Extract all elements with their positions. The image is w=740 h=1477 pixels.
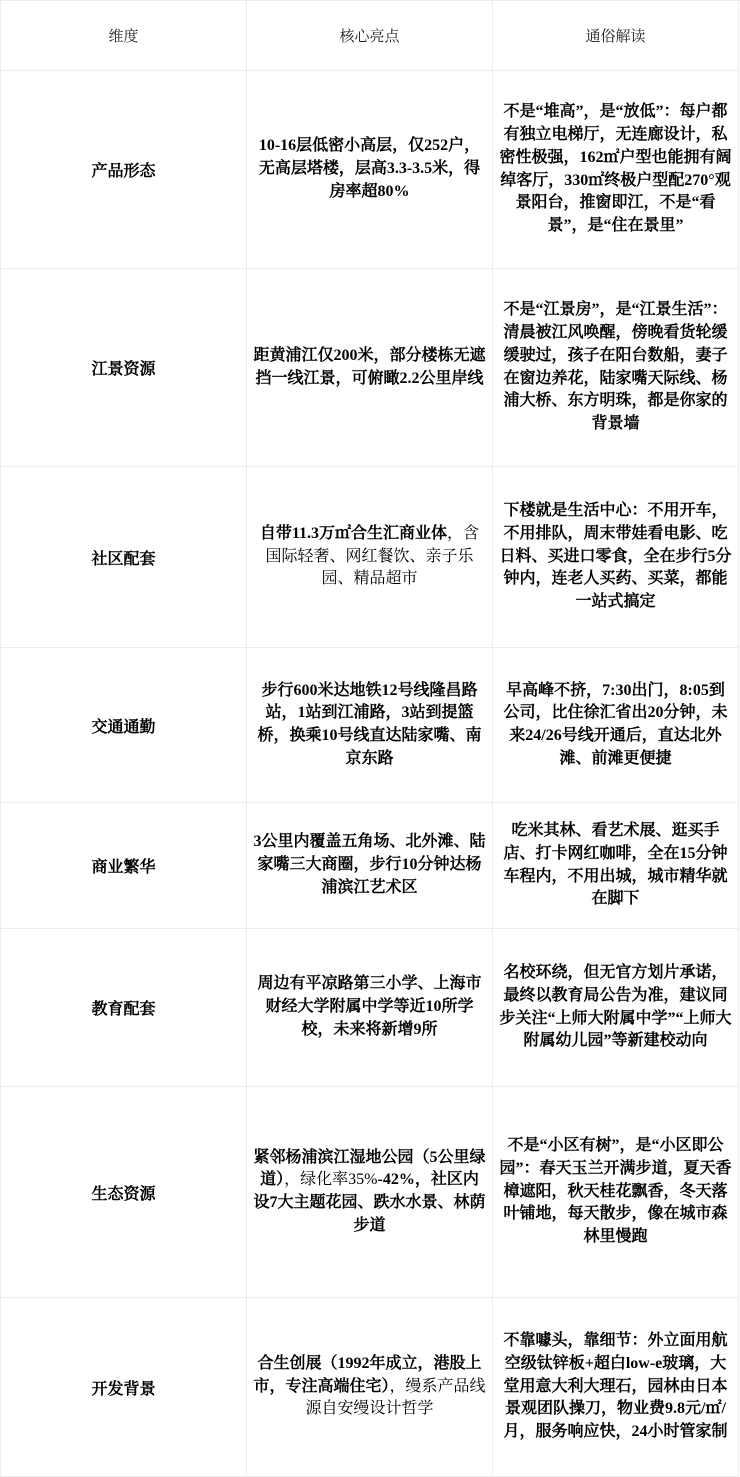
cell-text: 不是“江景房”，是“江景生活”：清晨被江风唤醒，傍晚看货轮缓缓驶过，孩子在阳台数… xyxy=(499,299,732,435)
plain-interpretation-cell: 不是“江景房”，是“江景生活”：清晨被江风唤醒，傍晚看货轮缓缓驶过，孩子在阳台数… xyxy=(493,269,739,467)
cell-text: 10-16层低密小高层，仅252户，无高层塔楼，层高3.3-3.5米，得房率超8… xyxy=(253,135,486,203)
text-segment: 下楼就是生活中心：不用开车，不用排队，周末带娃看电影、吃日料、买进口零食，全在步… xyxy=(499,502,731,610)
cell-text: 步行600米达地铁12号线隆昌路站，1站到江浦路，3站到提篮桥，换乘10号线直达… xyxy=(253,680,486,771)
text-segment: 不是“小区有树”，是“小区即公园”：春天玉兰开满步道，夏天香樟遮阳，秋天桂花飘香… xyxy=(499,1137,731,1245)
table-row: 社区配套自带11.3万㎡合生汇商业体，含国际轻奢、网红餐饮、亲子乐园、精品超市下… xyxy=(1,467,740,648)
table-row: 产品形态10-16层低密小高层，仅252户，无高层塔楼，层高3.3-3.5米，得… xyxy=(1,71,740,269)
plain-interpretation-cell: 不是“小区有树”，是“小区即公园”：春天玉兰开满步道，夏天香樟遮阳，秋天桂花飘香… xyxy=(493,1087,739,1298)
table-row: 商业繁华3公里内覆盖五角场、北外滩、陆家嘴三大商圈，步行10分钟达杨浦滨江艺术区… xyxy=(1,803,740,929)
core-highlights-cell: 紧邻杨浦滨江湿地公园（5公里绿道），绿化率35%-42%，社区内设7大主题花园、… xyxy=(247,1087,493,1298)
plain-interpretation-cell: 名校环绕，但无官方划片承诺，最终以教育局公告为准，建议同步关注“上师大附属中学”… xyxy=(493,929,739,1087)
core-highlights-cell: 自带11.3万㎡合生汇商业体，含国际轻奢、网红餐饮、亲子乐园、精品超市 xyxy=(247,467,493,648)
dimension-cell: 教育配套 xyxy=(1,929,247,1087)
dimension-cell: 社区配套 xyxy=(1,467,247,648)
core-highlights-cell: 距黄浦江仅200米，部分楼栋无遮挡一线江景，可俯瞰2.2公里岸线 xyxy=(247,269,493,467)
text-segment: 不是“江景房”，是“江景生活”：清晨被江风唤醒，傍晚看货轮缓缓驶过，孩子在阳台数… xyxy=(503,301,727,432)
dimension-cell: 开发背景 xyxy=(1,1298,247,1477)
plain-interpretation-cell: 吃米其林、看艺术展、逛买手店、打卡网红咖啡，全在15分钟车程内，不用出城，城市精… xyxy=(493,803,739,929)
table-row: 生态资源紧邻杨浦滨江湿地公园（5公里绿道），绿化率35%-42%，社区内设7大主… xyxy=(1,1087,740,1298)
table-row: 教育配套周边有平凉路第三小学、上海市财经大学附属中学等近10所学校，未来将新增9… xyxy=(1,929,740,1087)
text-segment: 自带11.3万㎡合生汇商业体 xyxy=(260,525,447,542)
text-segment: ，绿化率35% xyxy=(284,1171,377,1188)
plain-interpretation-cell: 早高峰不挤，7:30出门，8:05到公司，比住徐汇省出20分钟，未来24/26号… xyxy=(493,648,739,803)
cell-text: 自带11.3万㎡合生汇商业体，含国际轻奢、网红餐饮、亲子乐园、精品超市 xyxy=(253,523,486,591)
cell-text: 3公里内覆盖五角场、北外滩、陆家嘴三大商圈，步行10分钟达杨浦滨江艺术区 xyxy=(253,831,486,899)
cell-text: 早高峰不挤，7:30出门，8:05到公司，比住徐汇省出20分钟，未来24/26号… xyxy=(499,680,732,771)
core-highlights-cell: 10-16层低密小高层，仅252户，无高层塔楼，层高3.3-3.5米，得房率超8… xyxy=(247,71,493,269)
text-segment: 10-16层低密小高层，仅252户，无高层塔楼，层高3.3-3.5米，得房率超8… xyxy=(259,137,480,199)
cell-text: 名校环绕，但无官方划片承诺，最终以教育局公告为准，建议同步关注“上师大附属中学”… xyxy=(499,962,732,1053)
table-row: 江景资源距黄浦江仅200米，部分楼栋无遮挡一线江景，可俯瞰2.2公里岸线不是“江… xyxy=(1,269,740,467)
cell-text: 距黄浦江仅200米，部分楼栋无遮挡一线江景，可俯瞰2.2公里岸线 xyxy=(253,345,486,390)
table-header-row: 维度 核心亮点 通俗解读 xyxy=(1,1,740,71)
dimension-cell: 江景资源 xyxy=(1,269,247,467)
text-segment: 周边有平凉路第三小学、上海市财经大学附属中学等近10所学校，未来将新增9所 xyxy=(257,975,481,1037)
dimension-cell: 生态资源 xyxy=(1,1087,247,1298)
plain-interpretation-cell: 下楼就是生活中心：不用开车，不用排队，周末带娃看电影、吃日料、买进口零食，全在步… xyxy=(493,467,739,648)
core-highlights-cell: 周边有平凉路第三小学、上海市财经大学附属中学等近10所学校，未来将新增9所 xyxy=(247,929,493,1087)
text-segment: 距黄浦江仅200米，部分楼栋无遮挡一线江景，可俯瞰2.2公里岸线 xyxy=(253,347,485,387)
table-row: 交通通勤步行600米达地铁12号线隆昌路站，1站到江浦路，3站到提篮桥，换乘10… xyxy=(1,648,740,803)
header-plain-interpretation: 通俗解读 xyxy=(493,1,739,71)
text-segment: 步行600米达地铁12号线隆昌路站，1站到江浦路，3站到提篮桥，换乘10号线直达… xyxy=(257,682,481,767)
cell-text: 吃米其林、看艺术展、逛买手店、打卡网红咖啡，全在15分钟车程内，不用出城，城市精… xyxy=(499,820,732,911)
header-core-highlights: 核心亮点 xyxy=(247,1,493,71)
dimension-cell: 产品形态 xyxy=(1,71,247,269)
text-segment: 3公里内覆盖五角场、北外滩、陆家嘴三大商圈，步行10分钟达杨浦滨江艺术区 xyxy=(253,833,485,895)
plain-interpretation-cell: 不靠噱头，靠细节：外立面用航空级钛锌板+超白low-e玻璃，大堂用意大利大理石，… xyxy=(493,1298,739,1477)
core-highlights-cell: 步行600米达地铁12号线隆昌路站，1站到江浦路，3站到提篮桥，换乘10号线直达… xyxy=(247,648,493,803)
text-segment: 名校环绕，但无官方划片承诺，最终以教育局公告为准，建议同步关注“上师大附属中学”… xyxy=(499,964,731,1049)
cell-text: 下楼就是生活中心：不用开车，不用排队，周末带娃看电影、吃日料、买进口零食，全在步… xyxy=(499,500,732,614)
text-segment: 吃米其林、看艺术展、逛买手店、打卡网红咖啡，全在15分钟车程内，不用出城，城市精… xyxy=(503,822,727,907)
dimension-cell: 商业繁华 xyxy=(1,803,247,929)
cell-text: 紧邻杨浦滨江湿地公园（5公里绿道），绿化率35%-42%，社区内设7大主题花园、… xyxy=(253,1147,486,1238)
text-segment: 不是“堆高”，是“放低”：每户都有独立电梯厅，无连廊设计，私密性极强，162㎡户… xyxy=(499,103,731,234)
core-highlights-cell: 合生创展（1992年成立，港股上市，专注高端住宅），缦系产品线源自安缦设计哲学 xyxy=(247,1298,493,1477)
comparison-table: 维度 核心亮点 通俗解读 产品形态10-16层低密小高层，仅252户，无高层塔楼… xyxy=(0,0,740,1477)
cell-text: 周边有平凉路第三小学、上海市财经大学附属中学等近10所学校，未来将新增9所 xyxy=(253,973,486,1041)
plain-interpretation-cell: 不是“堆高”，是“放低”：每户都有独立电梯厅，无连廊设计，私密性极强，162㎡户… xyxy=(493,71,739,269)
cell-text: 合生创展（1992年成立，港股上市，专注高端住宅），缦系产品线源自安缦设计哲学 xyxy=(253,1353,486,1421)
cell-text: 不是“小区有树”，是“小区即公园”：春天玉兰开满步道，夏天香樟遮阳，秋天桂花飘香… xyxy=(499,1135,732,1249)
core-highlights-cell: 3公里内覆盖五角场、北外滩、陆家嘴三大商圈，步行10分钟达杨浦滨江艺术区 xyxy=(247,803,493,929)
dimension-cell: 交通通勤 xyxy=(1,648,247,803)
text-segment: 不靠噱头，靠细节：外立面用航空级钛锌板+超白low-e玻璃，大堂用意大利大理石，… xyxy=(503,1332,727,1440)
cell-text: 不是“堆高”，是“放低”：每户都有独立电梯厅，无连廊设计，私密性极强，162㎡户… xyxy=(499,101,732,237)
cell-text: 不靠噱头，靠细节：外立面用航空级钛锌板+超白low-e玻璃，大堂用意大利大理石，… xyxy=(499,1330,732,1444)
text-segment: 早高峰不挤，7:30出门，8:05到公司，比住徐汇省出20分钟，未来24/26号… xyxy=(503,682,727,767)
header-dimension: 维度 xyxy=(1,1,247,71)
table-row: 开发背景合生创展（1992年成立，港股上市，专注高端住宅），缦系产品线源自安缦设… xyxy=(1,1298,740,1477)
